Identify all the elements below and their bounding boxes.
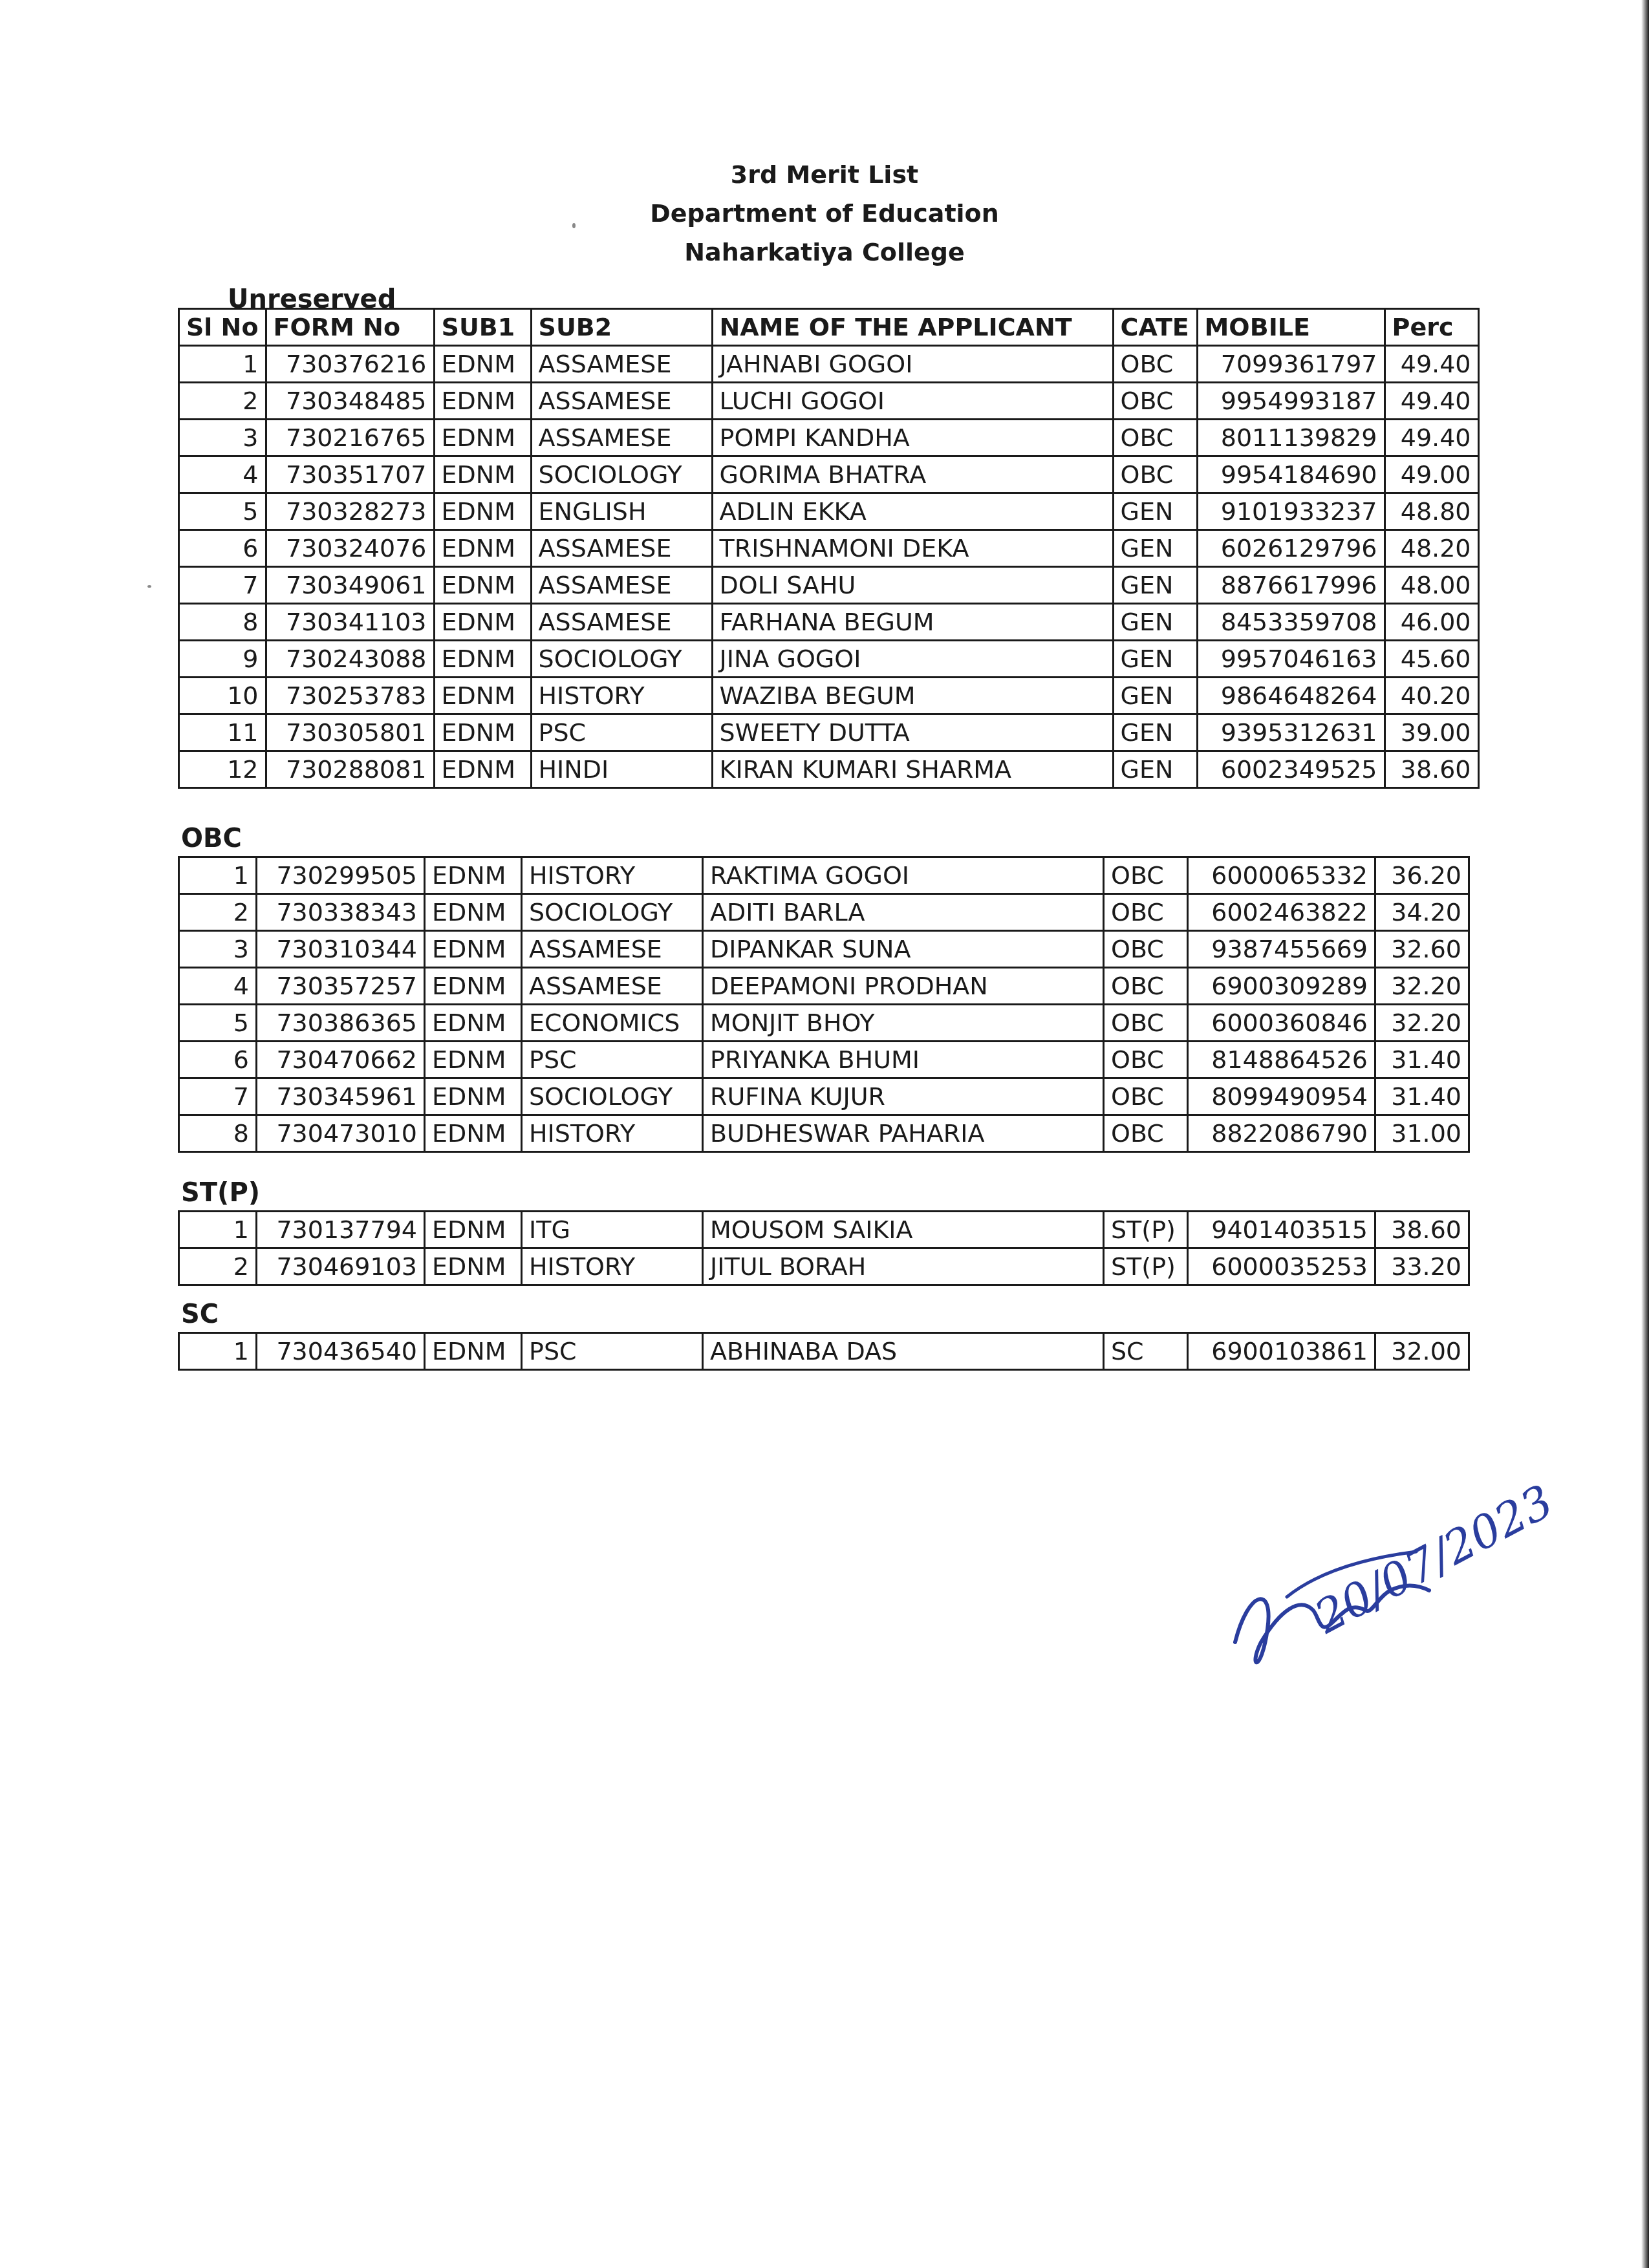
cell-perc: 33.20 (1375, 1248, 1469, 1285)
merit-table: 1730137794EDNMITGMOUSOM SAIKIAST(P)94014… (178, 1210, 1470, 1286)
cell-sub2: ENGLISH (531, 493, 712, 530)
cell-name: LUCHI GOGOI (712, 383, 1113, 420)
cell-form: 730137794 (257, 1212, 425, 1248)
cell-form: 730253783 (266, 678, 434, 714)
cell-sub1: EDNM (434, 714, 531, 751)
cell-sl: 6 (179, 530, 266, 567)
cell-cate: OBC (1104, 1078, 1188, 1115)
cell-sub2: ASSAMESE (531, 420, 712, 456)
column-header: Perc (1385, 309, 1478, 346)
cell-mobile: 9957046163 (1197, 641, 1385, 678)
cell-sub2: PSC (522, 1042, 703, 1078)
department-name: Department of Education (0, 199, 1649, 228)
cell-sub1: EDNM (425, 1005, 522, 1042)
cell-form: 730338343 (257, 894, 425, 931)
cell-perc: 31.40 (1375, 1042, 1469, 1078)
merit-table: Sl NoFORM NoSUB1SUB2NAME OF THE APPLICAN… (178, 308, 1480, 789)
cell-sub1: EDNM (434, 420, 531, 456)
cell-perc: 38.60 (1385, 751, 1478, 788)
cell-name: KIRAN KUMARI SHARMA (712, 751, 1113, 788)
table-row: 6730324076EDNMASSAMESETRISHNAMONI DEKAGE… (179, 530, 1479, 567)
section-label: ST(P) (181, 1178, 260, 1208)
merit-table: 1730299505EDNMHISTORYRAKTIMA GOGOIOBC600… (178, 856, 1470, 1153)
cell-form: 730436540 (257, 1333, 425, 1370)
cell-sub1: EDNM (434, 346, 531, 383)
cell-sl: 8 (179, 604, 266, 641)
cell-sub2: ASSAMESE (522, 968, 703, 1005)
table-row: 8730473010EDNMHISTORYBUDHESWAR PAHARIAOB… (179, 1115, 1469, 1152)
cell-cate: OBC (1113, 383, 1197, 420)
cell-form: 730345961 (257, 1078, 425, 1115)
cell-name: ADLIN EKKA (712, 493, 1113, 530)
document-title: 3rd Merit List (0, 160, 1649, 189)
cell-sl: 10 (179, 678, 266, 714)
cell-perc: 32.60 (1375, 931, 1469, 968)
cell-form: 730349061 (266, 567, 434, 604)
cell-perc: 31.40 (1375, 1078, 1469, 1115)
table-row: 1730299505EDNMHISTORYRAKTIMA GOGOIOBC600… (179, 857, 1469, 894)
cell-mobile: 7099361797 (1197, 346, 1385, 383)
cell-sl: 4 (179, 456, 266, 493)
cell-sub1: EDNM (434, 678, 531, 714)
cell-mobile: 8876617996 (1197, 567, 1385, 604)
cell-sub2: SOCIOLOGY (522, 894, 703, 931)
cell-perc: 31.00 (1375, 1115, 1469, 1152)
cell-perc: 49.40 (1385, 383, 1478, 420)
cell-form: 730357257 (257, 968, 425, 1005)
cell-cate: OBC (1113, 346, 1197, 383)
cell-sub2: HINDI (531, 751, 712, 788)
cell-name: ADITI BARLA (703, 894, 1104, 931)
cell-mobile: 6900309289 (1188, 968, 1375, 1005)
table-row: 3730310344EDNMASSAMESEDIPANKAR SUNAOBC93… (179, 931, 1469, 968)
table-row: 2730338343EDNMSOCIOLOGYADITI BARLAOBC600… (179, 894, 1469, 931)
cell-sub2: ASSAMESE (522, 931, 703, 968)
cell-sl: 3 (179, 420, 266, 456)
cell-cate: OBC (1104, 1115, 1188, 1152)
cell-sl: 2 (179, 383, 266, 420)
cell-perc: 39.00 (1385, 714, 1478, 751)
column-header: CATE (1113, 309, 1197, 346)
cell-form: 730216765 (266, 420, 434, 456)
cell-name: MONJIT BHOY (703, 1005, 1104, 1042)
cell-cate: GEN (1113, 530, 1197, 567)
cell-cate: OBC (1104, 968, 1188, 1005)
cell-sub2: SOCIOLOGY (531, 641, 712, 678)
cell-cate: OBC (1104, 894, 1188, 931)
table-row: 7730349061EDNMASSAMESEDOLI SAHUGEN887661… (179, 567, 1479, 604)
cell-cate: OBC (1104, 857, 1188, 894)
cell-form: 730341103 (266, 604, 434, 641)
cell-cate: GEN (1113, 641, 1197, 678)
cell-mobile: 8099490954 (1188, 1078, 1375, 1115)
cell-sl: 6 (179, 1042, 257, 1078)
cell-mobile: 8011139829 (1197, 420, 1385, 456)
cell-sub2: ASSAMESE (531, 346, 712, 383)
cell-cate: GEN (1113, 751, 1197, 788)
cell-name: DEEPAMONI PRODHAN (703, 968, 1104, 1005)
cell-name: MOUSOM SAIKIA (703, 1212, 1104, 1248)
cell-perc: 49.40 (1385, 346, 1478, 383)
table-row: 10730253783EDNMHISTORYWAZIBA BEGUMGEN986… (179, 678, 1479, 714)
cell-sub2: ECONOMICS (522, 1005, 703, 1042)
cell-perc: 32.20 (1375, 1005, 1469, 1042)
cell-mobile: 9954993187 (1197, 383, 1385, 420)
cell-perc: 46.00 (1385, 604, 1478, 641)
cell-sub1: EDNM (434, 530, 531, 567)
table-row: 2730348485EDNMASSAMESELUCHI GOGOIOBC9954… (179, 383, 1479, 420)
section-label: SC (181, 1300, 219, 1329)
cell-name: DIPANKAR SUNA (703, 931, 1104, 968)
column-header: NAME OF THE APPLICANT (712, 309, 1113, 346)
cell-sub2: SOCIOLOGY (522, 1078, 703, 1115)
cell-perc: 48.00 (1385, 567, 1478, 604)
cell-form: 730469103 (257, 1248, 425, 1285)
cell-sub1: EDNM (434, 383, 531, 420)
cell-sub1: EDNM (425, 1333, 522, 1370)
cell-cate: GEN (1113, 567, 1197, 604)
cell-sub1: EDNM (425, 931, 522, 968)
cell-name: BUDHESWAR PAHARIA (703, 1115, 1104, 1152)
cell-sl: 5 (179, 493, 266, 530)
cell-mobile: 6002463822 (1188, 894, 1375, 931)
cell-sub2: ASSAMESE (531, 567, 712, 604)
cell-name: WAZIBA BEGUM (712, 678, 1113, 714)
cell-mobile: 9395312631 (1197, 714, 1385, 751)
cell-perc: 45.60 (1385, 641, 1478, 678)
section-label: OBC (181, 824, 242, 853)
cell-sl: 5 (179, 1005, 257, 1042)
cell-sl: 9 (179, 641, 266, 678)
cell-sl: 4 (179, 968, 257, 1005)
table-row: 8730341103EDNMASSAMESEFARHANA BEGUMGEN84… (179, 604, 1479, 641)
cell-sub1: EDNM (425, 1248, 522, 1285)
table-row: 3730216765EDNMASSAMESEPOMPI KANDHAOBC801… (179, 420, 1479, 456)
cell-name: TRISHNAMONI DEKA (712, 530, 1113, 567)
cell-name: JAHNABI GOGOI (712, 346, 1113, 383)
cell-mobile: 8453359708 (1197, 604, 1385, 641)
cell-sub2: HISTORY (522, 1248, 703, 1285)
cell-form: 730348485 (266, 383, 434, 420)
cell-sub2: HISTORY (522, 857, 703, 894)
cell-cate: OBC (1113, 456, 1197, 493)
cell-form: 730299505 (257, 857, 425, 894)
cell-sl: 7 (179, 1078, 257, 1115)
cell-sub1: EDNM (425, 968, 522, 1005)
cell-sl: 2 (179, 1248, 257, 1285)
scan-edge (1641, 0, 1649, 2268)
table-row: 1730376216EDNMASSAMESEJAHNABI GOGOIOBC70… (179, 346, 1479, 383)
cell-mobile: 9864648264 (1197, 678, 1385, 714)
cell-sub2: HISTORY (522, 1115, 703, 1152)
cell-name: POMPI KANDHA (712, 420, 1113, 456)
cell-mobile: 6002349525 (1197, 751, 1385, 788)
cell-mobile: 6900103861 (1188, 1333, 1375, 1370)
table-row: 11730305801EDNMPSCSWEETY DUTTAGEN9395312… (179, 714, 1479, 751)
merit-table: 1730436540EDNMPSCABHINABA DASSC690010386… (178, 1332, 1470, 1371)
table-row: 7730345961EDNMSOCIOLOGYRUFINA KUJUROBC80… (179, 1078, 1469, 1115)
cell-mobile: 6000035253 (1188, 1248, 1375, 1285)
cell-sl: 8 (179, 1115, 257, 1152)
cell-sub1: EDNM (434, 604, 531, 641)
cell-name: SWEETY DUTTA (712, 714, 1113, 751)
cell-sub1: EDNM (425, 894, 522, 931)
cell-cate: ST(P) (1104, 1248, 1188, 1285)
cell-sub2: PSC (531, 714, 712, 751)
cell-form: 730288081 (266, 751, 434, 788)
cell-sub1: EDNM (425, 857, 522, 894)
cell-form: 730473010 (257, 1115, 425, 1152)
cell-cate: GEN (1113, 714, 1197, 751)
cell-form: 730328273 (266, 493, 434, 530)
table-row: 4730351707EDNMSOCIOLOGYGORIMA BHATRAOBC9… (179, 456, 1479, 493)
table-row: 5730328273EDNMENGLISHADLIN EKKAGEN910193… (179, 493, 1479, 530)
cell-sub2: HISTORY (531, 678, 712, 714)
cell-form: 730324076 (266, 530, 434, 567)
cell-sl: 3 (179, 931, 257, 968)
cell-cate: OBC (1113, 420, 1197, 456)
cell-name: PRIYANKA BHUMI (703, 1042, 1104, 1078)
table-row: 9730243088EDNMSOCIOLOGYJINA GOGOIGEN9957… (179, 641, 1479, 678)
cell-sub1: EDNM (434, 456, 531, 493)
cell-perc: 36.20 (1375, 857, 1469, 894)
cell-cate: OBC (1104, 1005, 1188, 1042)
cell-sl: 11 (179, 714, 266, 751)
cell-sub1: EDNM (425, 1042, 522, 1078)
table-row: 12730288081EDNMHINDIKIRAN KUMARI SHARMAG… (179, 751, 1479, 788)
cell-name: GORIMA BHATRA (712, 456, 1113, 493)
column-header: SUB1 (434, 309, 531, 346)
cell-sl: 1 (179, 857, 257, 894)
cell-sub1: EDNM (434, 641, 531, 678)
cell-cate: OBC (1104, 931, 1188, 968)
cell-sub1: EDNM (434, 751, 531, 788)
cell-mobile: 6000065332 (1188, 857, 1375, 894)
cell-sl: 1 (179, 1212, 257, 1248)
cell-mobile: 9954184690 (1197, 456, 1385, 493)
cell-name: JITUL BORAH (703, 1248, 1104, 1285)
cell-mobile: 9101933237 (1197, 493, 1385, 530)
cell-sl: 2 (179, 894, 257, 931)
cell-name: FARHANA BEGUM (712, 604, 1113, 641)
cell-name: DOLI SAHU (712, 567, 1113, 604)
cell-mobile: 9387455669 (1188, 931, 1375, 968)
table-row: 6730470662EDNMPSCPRIYANKA BHUMIOBC814886… (179, 1042, 1469, 1078)
cell-sl: 1 (179, 1333, 257, 1370)
cell-sub2: ASSAMESE (531, 604, 712, 641)
cell-sub2: PSC (522, 1333, 703, 1370)
column-header: MOBILE (1197, 309, 1385, 346)
cell-sub2: ASSAMESE (531, 383, 712, 420)
cell-name: RAKTIMA GOGOI (703, 857, 1104, 894)
cell-cate: OBC (1104, 1042, 1188, 1078)
cell-sub2: ITG (522, 1212, 703, 1248)
cell-form: 730310344 (257, 931, 425, 968)
college-name: Naharkatiya College (0, 238, 1649, 266)
cell-cate: GEN (1113, 493, 1197, 530)
cell-form: 730351707 (266, 456, 434, 493)
cell-perc: 34.20 (1375, 894, 1469, 931)
table-header-row: Sl NoFORM NoSUB1SUB2NAME OF THE APPLICAN… (179, 309, 1479, 346)
cell-mobile: 8822086790 (1188, 1115, 1375, 1152)
table-row: 5730386365EDNMECONOMICSMONJIT BHOYOBC600… (179, 1005, 1469, 1042)
cell-name: RUFINA KUJUR (703, 1078, 1104, 1115)
column-header: SUB2 (531, 309, 712, 346)
cell-sl: 7 (179, 567, 266, 604)
cell-form: 730386365 (257, 1005, 425, 1042)
table-row: 1730436540EDNMPSCABHINABA DASSC690010386… (179, 1333, 1469, 1370)
cell-sub2: ASSAMESE (531, 530, 712, 567)
cell-form: 730305801 (266, 714, 434, 751)
cell-mobile: 6026129796 (1197, 530, 1385, 567)
cell-cate: ST(P) (1104, 1212, 1188, 1248)
table-row: 4730357257EDNMASSAMESEDEEPAMONI PRODHANO… (179, 968, 1469, 1005)
cell-sub1: EDNM (425, 1115, 522, 1152)
cell-form: 730243088 (266, 641, 434, 678)
cell-cate: GEN (1113, 604, 1197, 641)
cell-perc: 32.20 (1375, 968, 1469, 1005)
cell-sl: 12 (179, 751, 266, 788)
cell-perc: 49.00 (1385, 456, 1478, 493)
table-row: 2730469103EDNMHISTORYJITUL BORAHST(P)600… (179, 1248, 1469, 1285)
cell-mobile: 6000360846 (1188, 1005, 1375, 1042)
cell-perc: 40.20 (1385, 678, 1478, 714)
cell-perc: 32.00 (1375, 1333, 1469, 1370)
cell-sub1: EDNM (425, 1078, 522, 1115)
cell-perc: 48.20 (1385, 530, 1478, 567)
table-row: 1730137794EDNMITGMOUSOM SAIKIAST(P)94014… (179, 1212, 1469, 1248)
cell-cate: GEN (1113, 678, 1197, 714)
cell-form: 730470662 (257, 1042, 425, 1078)
cell-perc: 49.40 (1385, 420, 1478, 456)
cell-sl: 1 (179, 346, 266, 383)
cell-perc: 38.60 (1375, 1212, 1469, 1248)
scan-speck (147, 585, 151, 588)
cell-name: JINA GOGOI (712, 641, 1113, 678)
column-header: Sl No (179, 309, 266, 346)
cell-form: 730376216 (266, 346, 434, 383)
cell-sub1: EDNM (434, 493, 531, 530)
cell-sub1: EDNM (425, 1212, 522, 1248)
cell-name: ABHINABA DAS (703, 1333, 1104, 1370)
cell-perc: 48.80 (1385, 493, 1478, 530)
cell-sub2: SOCIOLOGY (531, 456, 712, 493)
scan-speck (572, 223, 576, 228)
column-header: FORM No (266, 309, 434, 346)
cell-sub1: EDNM (434, 567, 531, 604)
cell-mobile: 8148864526 (1188, 1042, 1375, 1078)
cell-mobile: 9401403515 (1188, 1212, 1375, 1248)
cell-cate: SC (1104, 1333, 1188, 1370)
